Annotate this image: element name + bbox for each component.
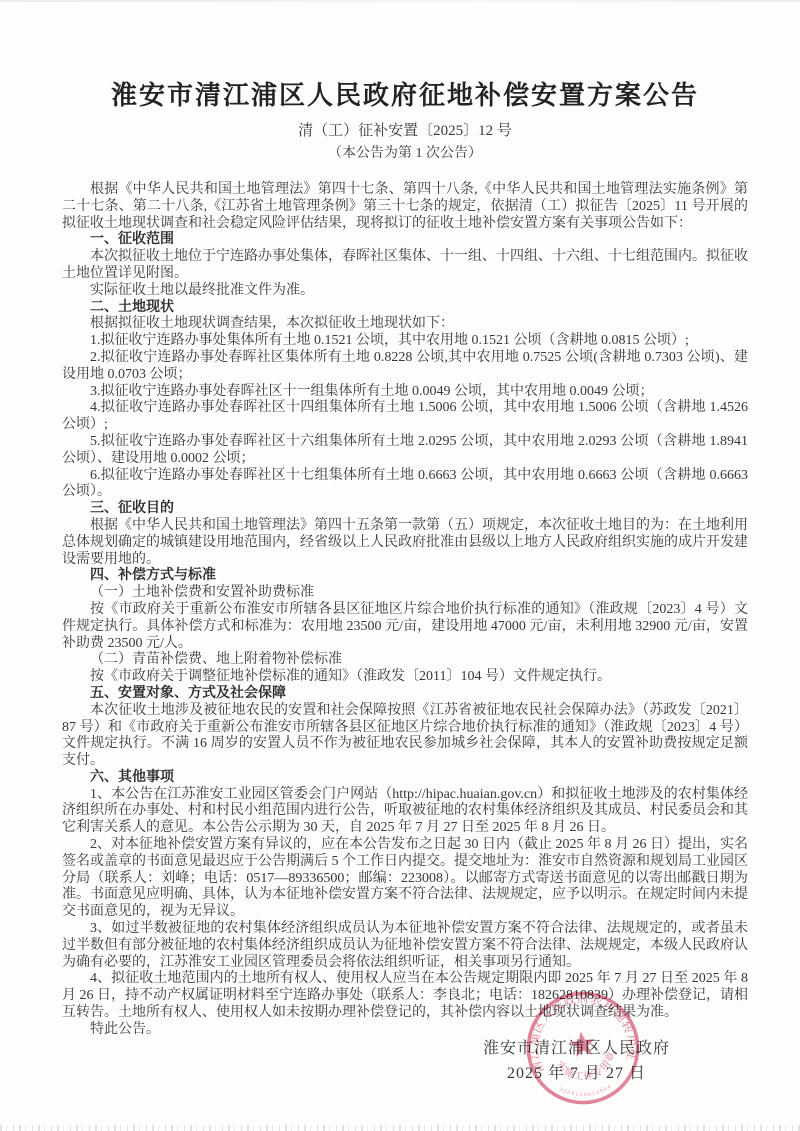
section-paragraph: 6.拟征收宁连路办事处春晖社区十七组集体所有土地 0.6663 公顷，其中农用地… <box>62 468 748 502</box>
announcement-document: 淮安市清江浦区人民政府征地补偿安置方案公告 清（工）征补安置〔2025〕12 号… <box>0 0 800 1131</box>
section-paragraph: 按《市政府关于调整征地补偿标准的通知》（淮政发〔2011〕104 号）文件规定执… <box>62 669 748 686</box>
section-heading: 四、补偿方式与标准 <box>62 568 748 585</box>
section-paragraph: 根据《中华人民共和国土地管理法》第四十五条第一款第（五）项规定，本次征收土地目的… <box>62 518 748 568</box>
document-content: 淮安市清江浦区人民政府征地补偿安置方案公告 清（工）征补安置〔2025〕12 号… <box>62 80 748 1039</box>
section-paragraph: 5.拟征收宁连路办事处春晖社区十六组集体所有土地 2.0295 公顷，其中农用地… <box>62 434 748 468</box>
section-paragraph: 实际征收土地以最终批准文件为准。 <box>62 283 748 300</box>
section-heading: 六、其他事项 <box>62 770 748 787</box>
issuer-name: 淮安市清江浦区人民政府 <box>483 1036 670 1061</box>
section-paragraph: 4.拟征收宁连路办事处春晖社区十四组集体所有土地 1.5006 公顷，其中农用地… <box>62 400 748 434</box>
section-paragraph: 2、对本征地补偿安置方案有异议的，应在本公告发布之日起 30 日内（截止 202… <box>62 837 748 921</box>
section-paragraph: 本次拟征收土地位于宁连路办事处集体，春晖社区集体、十一组、十四组、十六组、十七组… <box>62 249 748 283</box>
section-paragraph: 1、本公告在江苏淮安工业园区管委会门户网站（http://hipac.huaia… <box>62 787 748 837</box>
section-paragraph: 2.拟征收宁连路办事处春晖社区集体所有土地 0.8228 公顷,其中农用地 0.… <box>62 350 748 384</box>
section-paragraph: 3、如过半数被征地的农村集体经济组织成员认为本征地补偿安置方案不符合法律、法规规… <box>62 921 748 971</box>
section-heading: 五、安置对象、方式及社会保障 <box>62 686 748 703</box>
section-paragraph: 4、拟征收土地范围内的土地所有权人、使用权人应当在本公告规定期限内即 2025 … <box>62 971 748 1021</box>
section-heading: 一、征收范围 <box>62 232 748 249</box>
scan-artifact-bottom <box>0 1125 800 1131</box>
intro-paragraph: 根据《中华人民共和国土地管理法》第四十七条、第四十八条,《中华人民共和国土地管理… <box>62 182 748 232</box>
signature-block: 淮安市清江浦区人民政府 2025 年 7 月 27 日 <box>0 1036 800 1086</box>
section-paragraph: 3.拟征收宁连路办事处春晖社区十一组集体所有土地 0.0049 公顷，其中农用地… <box>62 384 748 401</box>
section-subheading: （一）土地补偿费和安置补助费标准 <box>62 585 748 602</box>
page-title: 淮安市清江浦区人民政府征地补偿安置方案公告 <box>62 80 748 112</box>
section-heading: 三、征收目的 <box>62 501 748 518</box>
section-paragraph: 本次征收土地涉及被征地农民的安置和社会保障按照《江苏省被征地农民社会保障办法》（… <box>62 703 748 770</box>
section-paragraph: 1.拟征收宁连路办事处集体所有土地 0.1521 公顷，其中农用地 0.1521… <box>62 333 748 350</box>
document-number: 清（工）征补安置〔2025〕12 号 <box>62 120 748 142</box>
section-subheading: （二）青苗补偿费、地上附着物补偿标准 <box>62 652 748 669</box>
section-paragraph: 根据拟征收土地现状调查结果，本次拟征收土地现状如下： <box>62 316 748 333</box>
notice-round: （本公告为第 1 次公告） <box>62 144 748 164</box>
section-heading: 二、土地现状 <box>62 300 748 317</box>
section-paragraph: 按《市政府关于重新公布淮安市所辖各县区征地区片综合地价执行标准的通知》（淮政规〔… <box>62 602 748 652</box>
issue-date: 2025 年 7 月 27 日 <box>483 1061 670 1086</box>
scan-artifact-top <box>0 0 800 2</box>
